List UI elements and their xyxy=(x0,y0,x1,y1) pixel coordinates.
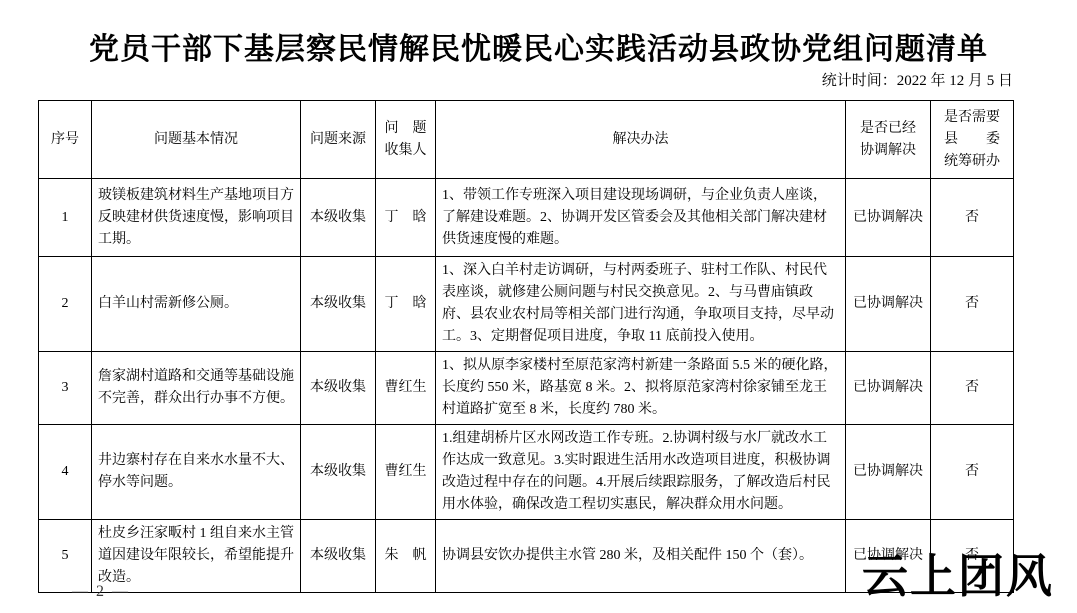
cell-collector: 朱 帆 xyxy=(376,520,436,593)
page-number: — 2 — xyxy=(72,583,130,601)
cell-source: 本级收集 xyxy=(301,257,376,352)
cell-need-county: 否 xyxy=(931,425,1014,520)
cell-problem: 井边寨村存在自来水水量不大、停水等问题。 xyxy=(92,425,301,520)
cell-solution: 协调县安饮办提供主水管 280 米，及相关配件 150 个（套）。 xyxy=(436,520,846,593)
table-row: 3 詹家湖村道路和交通等基础设施不完善，群众出行办事不方便。 本级收集 曹红生 … xyxy=(39,352,1014,425)
cell-problem: 玻镁板建筑材料生产基地项目方反映建材供货速度慢，影响项目工期。 xyxy=(92,179,301,257)
cell-collector: 丁 晗 xyxy=(376,257,436,352)
cell-problem: 杜皮乡汪家畈村 1 组自来水主管道因建设年限较长，希望能提升改造。 xyxy=(92,520,301,593)
cell-source: 本级收集 xyxy=(301,520,376,593)
cell-need-county: 否 xyxy=(931,352,1014,425)
cell-solution: 1、带领工作专班深入项目建设现场调研，与企业负责人座谈，了解建设难题。2、协调开… xyxy=(436,179,846,257)
cell-source: 本级收集 xyxy=(301,179,376,257)
cell-solution: 1、拟从原李家楼村至原范家湾村新建一条路面 5.5 米的硬化路，长度约 550 … xyxy=(436,352,846,425)
col-header-solution: 解决办法 xyxy=(436,101,846,179)
watermark: 云上团风 xyxy=(862,540,1054,606)
col-header-sn: 序号 xyxy=(39,101,92,179)
cell-problem: 白羊山村需新修公厕。 xyxy=(92,257,301,352)
cell-collector: 曹红生 xyxy=(376,352,436,425)
table-row: 1 玻镁板建筑材料生产基地项目方反映建材供货速度慢，影响项目工期。 本级收集 丁… xyxy=(39,179,1014,257)
cell-sn: 5 xyxy=(39,520,92,593)
cell-collector: 曹红生 xyxy=(376,425,436,520)
cell-solution: 1.组建胡桥片区水网改造工作专班。2.协调村级与水厂就改水工作达成一致意见。3.… xyxy=(436,425,846,520)
table-row: 4 井边寨村存在自来水水量不大、停水等问题。 本级收集 曹红生 1.组建胡桥片区… xyxy=(39,425,1014,520)
col-header-source: 问题来源 xyxy=(301,101,376,179)
cell-source: 本级收集 xyxy=(301,425,376,520)
problem-list-table: 序号 问题基本情况 问题来源 问 题 收集人 解决办法 是否已经 协调解决 是否… xyxy=(38,100,1014,593)
stat-time-label: 统计时间：2022 年 12 月 5 日 xyxy=(822,69,1013,90)
document-title: 党员干部下基层察民情解民忧暖民心实践活动县政协党组问题清单 xyxy=(0,24,1077,68)
cell-resolved: 已协调解决 xyxy=(846,425,931,520)
cell-resolved: 已协调解决 xyxy=(846,352,931,425)
col-header-collector: 问 题 收集人 xyxy=(376,101,436,179)
col-header-resolved: 是否已经 协调解决 xyxy=(846,101,931,179)
cell-solution: 1、深入白羊村走访调研，与村两委班子、驻村工作队、村民代表座谈，就修建公厕问题与… xyxy=(436,257,846,352)
cell-sn: 3 xyxy=(39,352,92,425)
document-page: 党员干部下基层察民情解民忧暖民心实践活动县政协党组问题清单 统计时间：2022 … xyxy=(0,0,1077,613)
col-header-need-county: 是否需要 县 委 统筹研办 xyxy=(931,101,1014,179)
cell-sn: 2 xyxy=(39,257,92,352)
cell-resolved: 已协调解决 xyxy=(846,257,931,352)
cell-resolved: 已协调解决 xyxy=(846,179,931,257)
cell-collector: 丁 晗 xyxy=(376,179,436,257)
cell-sn: 4 xyxy=(39,425,92,520)
col-header-problem: 问题基本情况 xyxy=(92,101,301,179)
cell-sn: 1 xyxy=(39,179,92,257)
cell-need-county: 否 xyxy=(931,179,1014,257)
table-row: 2 白羊山村需新修公厕。 本级收集 丁 晗 1、深入白羊村走访调研，与村两委班子… xyxy=(39,257,1014,352)
table-header-row: 序号 问题基本情况 问题来源 问 题 收集人 解决办法 是否已经 协调解决 是否… xyxy=(39,101,1014,179)
cell-source: 本级收集 xyxy=(301,352,376,425)
cell-problem: 詹家湖村道路和交通等基础设施不完善，群众出行办事不方便。 xyxy=(92,352,301,425)
cell-need-county: 否 xyxy=(931,257,1014,352)
